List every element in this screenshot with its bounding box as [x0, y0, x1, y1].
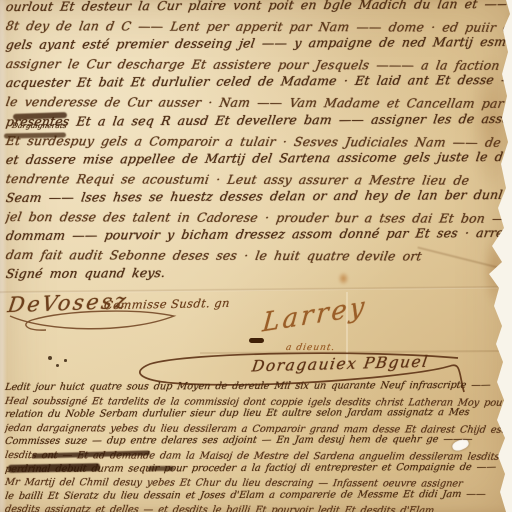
- ink-speck: [56, 364, 59, 367]
- manuscript-line: le bailli Et Sieratz du lieu dessain et …: [4, 488, 508, 504]
- manuscript-line: relation du Noble Serbam durlulier sieur…: [4, 406, 508, 422]
- manuscript-line: desdits assignatz et delles — et desdits…: [4, 503, 508, 512]
- manuscript-line: acquester Et bait Et durlulier celed de …: [5, 70, 508, 92]
- signature-center-subscript: a dieunt.: [285, 343, 336, 353]
- manuscript-line: ourlout Et desteur la Cur plaire vont po…: [5, 0, 508, 16]
- manuscript-photo: ourlout Et desteur la Cur plaire vont po…: [0, 0, 512, 512]
- manuscript-line: Commisses suze — dup entre delares ses a…: [4, 433, 508, 449]
- manuscript-paper: ourlout Et desteur la Cur plaire vont po…: [0, 0, 512, 512]
- paper-crease: [200, 350, 512, 354]
- manuscript-line: gels ayant esté premier desseing jel —— …: [5, 32, 508, 54]
- ink-blot: [8, 463, 100, 473]
- ink-blot: [249, 338, 264, 343]
- signature-center: Larrey: [261, 291, 368, 338]
- main-text-block: ourlout Et desteur la Cur plaire vont po…: [6, 0, 506, 283]
- manuscript-line: dommam —— pourvoir y bicham dressez asso…: [5, 223, 508, 245]
- manuscript-line: presentes Et a la seq R ausd Et develler…: [5, 109, 508, 131]
- manuscript-line: Signé mon quand keys.: [5, 261, 508, 283]
- ink-speck: [64, 359, 67, 362]
- signature-left-title: Commisse Susdt. gn: [103, 296, 231, 312]
- strikethrough-mark: [148, 466, 174, 471]
- ink-speck: [48, 356, 52, 360]
- manuscript-line: Seam —— lses hses se huestz desses delan…: [5, 185, 508, 207]
- bottom-text-block: Ledit jour huict quatre sous dup Moyen d…: [5, 381, 507, 512]
- interlinear-insertion: Dargaignerats: [11, 121, 67, 130]
- signature-lower: Doragauiex PBguel: [251, 353, 430, 376]
- manuscript-line: Ledit jour huict quatre sous dup Moyen d…: [4, 379, 508, 395]
- manuscript-line: et dassere mise appellee de Martij del S…: [5, 147, 508, 169]
